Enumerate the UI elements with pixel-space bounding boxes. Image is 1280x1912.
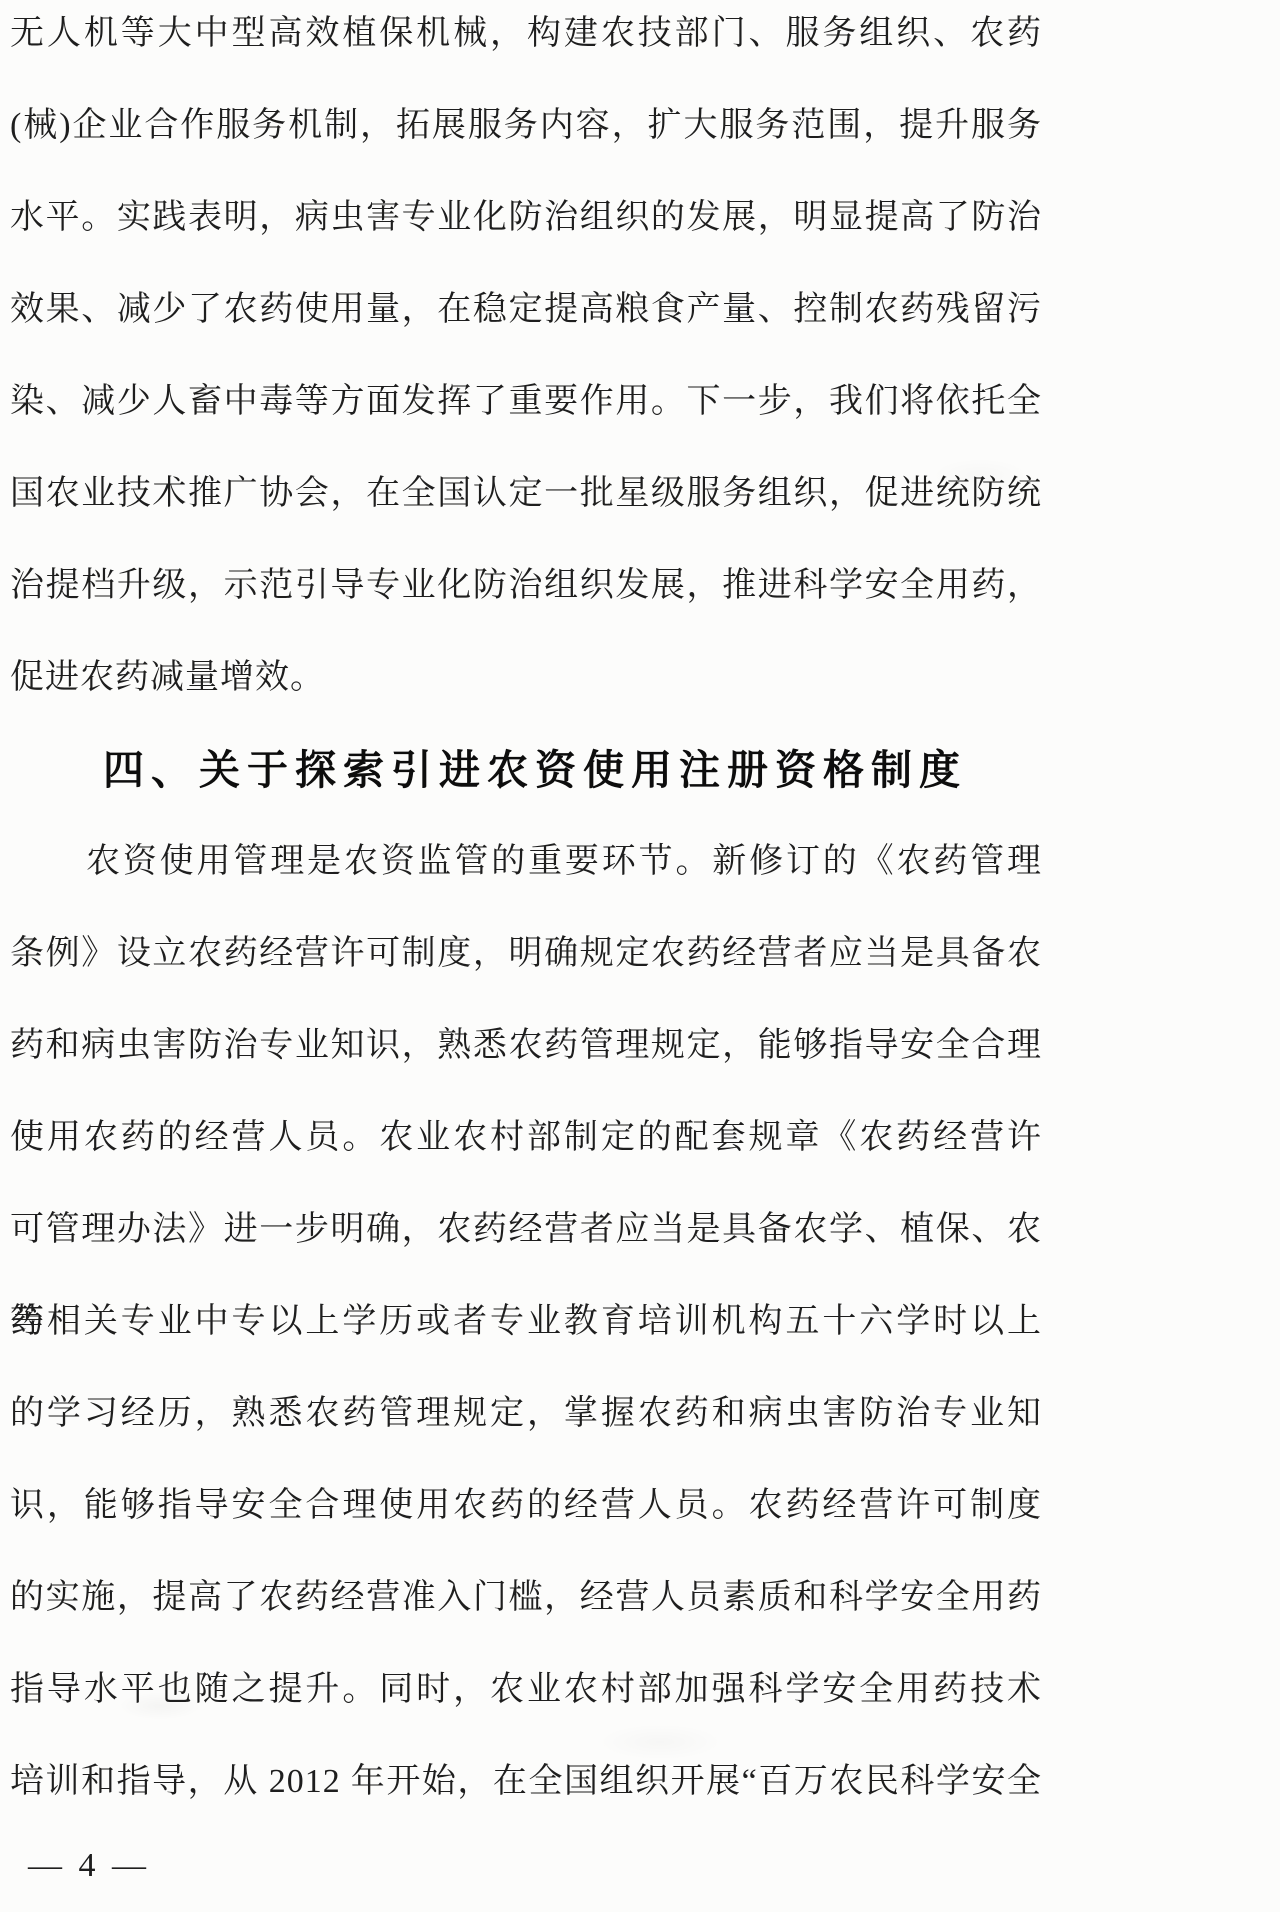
- paragraph-start-line: 农资使用管理是农资监管的重要环节。新修订的《农药管理: [10, 816, 1042, 908]
- text-line: 的学习经历，熟悉农药管理规定，掌握农药和病虫害防治专业知: [10, 1368, 1042, 1460]
- page-number: — 4 —: [28, 1842, 150, 1890]
- text-line: 的实施，提高了农药经营准入门槛，经营人员素质和科学安全用药: [10, 1552, 1042, 1644]
- text-line: 水平。实践表明，病虫害专业化防治组织的发展，明显提高了防治: [10, 172, 1042, 264]
- text-line: 识，能够指导安全合理使用农药的经营人员。农药经营许可制度: [10, 1460, 1042, 1552]
- text-line: 效果、减少了农药使用量，在稳定提高粮食产量、控制农药残留污: [10, 264, 1042, 356]
- text-line: 使用农药的经营人员。农业农村部制定的配套规章《农药经营许: [10, 1092, 1042, 1184]
- text-line: 染、减少人畜中毒等方面发挥了重要作用。下一步，我们将依托全: [10, 356, 1042, 448]
- document-body: 无人机等大中型高效植保机械，构建农技部门、服务组织、农药 (械)企业合作服务机制…: [10, 0, 1042, 1828]
- section-heading: 四、关于探索引进农资使用注册资格制度: [10, 724, 1042, 816]
- paragraph-end-line: 促进农药减量增效。: [10, 632, 1042, 724]
- scanned-document-page: 无人机等大中型高效植保机械，构建农技部门、服务组织、农药 (械)企业合作服务机制…: [0, 0, 1280, 1912]
- text-line: 等相关专业中专以上学历或者专业教育培训机构五十六学时以上: [10, 1276, 1042, 1368]
- text-line: (械)企业合作服务机制，拓展服务内容，扩大服务范围，提升服务: [10, 80, 1042, 172]
- text-line: 治提档升级，示范引导专业化防治组织发展，推进科学安全用药，: [10, 540, 1042, 632]
- text-line: 培训和指导，从 2012 年开始，在全国组织开展“百万农民科学安全: [10, 1736, 1042, 1828]
- text-line: 国农业技术推广协会，在全国认定一批星级服务组织，促进统防统: [10, 448, 1042, 540]
- text-line: 条例》设立农药经营许可制度，明确规定农药经营者应当是具备农: [10, 908, 1042, 1000]
- text-line: 可管理办法》进一步明确，农药经营者应当是具备农学、植保、农药: [10, 1184, 1042, 1276]
- text-line: 药和病虫害防治专业知识，熟悉农药管理规定，能够指导安全合理: [10, 1000, 1042, 1092]
- text-line: 无人机等大中型高效植保机械，构建农技部门、服务组织、农药: [10, 0, 1042, 80]
- text-line: 指导水平也随之提升。同时，农业农村部加强科学安全用药技术: [10, 1644, 1042, 1736]
